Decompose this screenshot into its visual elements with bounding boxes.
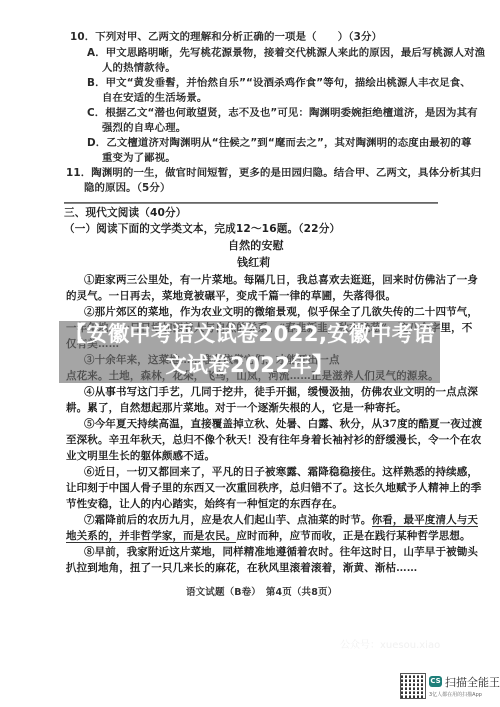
section-heading: 三、现代文阅读（40分） [64, 206, 186, 220]
q10-option-b-line1: B．甲文“黄发垂髫，并怡然自乐”“设酒杀鸡作食”等句，描绘出桃源人丰衣足食、 [87, 76, 471, 90]
paragraph-8-line2: 扒拉到地角，扭了一只几来长的麻花，在秋风里滚着滚着，渐黄、渐枯…… [66, 561, 417, 575]
exam-page: 10．下列对甲、乙两文的理解和分析正确的一项是（ ）（3分） A．甲文思路明晰，… [0, 0, 500, 707]
q10-option-d-line2: 重变为了鄙视。 [102, 151, 176, 165]
q10-option-a-line1: A．甲文思路明晰，先写桃花源景物，接着交代桃源人来此的原因，最后写桃源人对渔 [87, 46, 485, 60]
watermark-text: 公众号：xuesou.xiao [340, 636, 440, 651]
overlay-banner-line1: 【安徽中考语文试卷2022,安徽中考语 [59, 321, 440, 348]
paragraph-5-line1: ⑤今年夏天持续高温，直接覆盖掉立秋、处暑、白露、秋分，从37度的酷夏一夜过渡 [84, 417, 482, 431]
paragraph-5-line2: 至深秋。辛丑年秋天，总归不像个秋天！没有往年身着长袖衬衫的舒缓漫长，令一个在农 [66, 433, 481, 447]
section-subheading: （一）阅读下面的文学类文本，完成12～16题。（22分） [64, 222, 340, 236]
paragraph-7-underlined-2: 地关系的，并非哲学家，而是农民。 [66, 530, 236, 543]
paragraph-1-line2: 的灵气。一日再去，菜地竟被碾平，变成千篇一律的草圃，失落得很。 [66, 289, 396, 303]
scanner-tagline: 3亿人都在用的扫描App [429, 691, 482, 698]
paragraph-7-line2: 地关系的，并非哲学家，而是农民。应时而种，应节而收，正是在践行某种哲学思想。 [66, 529, 471, 543]
q11-line2: 隐的原因。（5分） [84, 181, 171, 195]
paragraph-1-line1: ①距家两三公里处，有一片菜地。每隔几日，我总喜欢去逛逛，回来时仿佛沾了一身 [84, 273, 478, 287]
q10-stem: 10．下列对甲、乙两文的理解和分析正确的一项是（ ）（3分） [70, 30, 382, 44]
overlay-banner-text: 【安徽中考语文试卷2022,安徽中考语 文试卷2022年】 [59, 321, 440, 379]
q11-line1: 11．陶渊明的一生，做官时间短暂，更多的是田园归隐。结合甲、乙两文，具体分析其归 [66, 166, 481, 180]
paragraph-7-underlined-1: 你看，最平度清人与天 [372, 514, 479, 527]
paragraph-7-text-2: 应时而种，应节而收，正是在践行某种哲学思想。 [236, 530, 470, 542]
paragraph-7-line1: ⑦霜降前后的农历九月，应是农人们起山芋、点油菜的时节。你看，最平度清人与天 [84, 513, 478, 527]
section-divider [64, 202, 438, 204]
scanner-app-name: 扫描全能王 [445, 674, 500, 690]
paragraph-6-line1: ⑥近日，一切又都回来了，平凡的日子被寒露、霜降稳稳接住。这样熟悉的持续感， [84, 465, 478, 479]
paragraph-7-text: ⑦霜降前后的农历九月，应是农人们起山芋、点油菜的时节。 [84, 514, 372, 526]
paragraph-6-line3: 节性安稳，让人的内心踏实，始终有一种恒定的东西存在。 [66, 497, 343, 511]
overlay-banner-line2: 文试卷2022年】 [59, 352, 440, 379]
camscanner-logo-icon: CS [429, 676, 442, 687]
qr-code-icon [400, 673, 426, 699]
paragraph-4-line1: ④从事书写这门手艺，几同于挖井，徒手开掘，缓慢汲抽，仿佛农业文明的一点点深 [84, 385, 478, 399]
article-title: 自然的安慰 [228, 239, 284, 253]
scanner-badge: CS 扫描全能王 3亿人都在用的扫描App [400, 673, 500, 703]
paragraph-2-line1: ②那片郊区的菜地，作为农业文明的微缩景观，似乎保全了几欲失传的二十四节气， [84, 305, 478, 319]
paragraph-8-line1: ⑧早前，我家附近这片菜地，同样精准地遵循着农时。往年这时日，山芋早于被锄头 [84, 545, 478, 559]
q10-option-b-line2: 自在安适的生活场景。 [102, 91, 207, 105]
q10-option-c-line2: 强烈的自卑心理。 [102, 121, 186, 135]
q10-option-c-line1: C．根据乙文“潜也何敢望贤，志不及也”可见：陶渊明委婉拒绝檀道济，是因为其有 [87, 106, 478, 120]
paragraph-6-line2: 让印刻于中国人骨子里的东西又一次重回秩序，总归错不了。这长久地赋予人精神上的季 [66, 481, 481, 495]
q10-option-a-line2: 人的热情款待。 [102, 61, 176, 75]
paragraph-5-line3: 业文明里生长的躯体颇感不适。 [66, 449, 215, 463]
article-author: 钱红莉 [237, 256, 270, 270]
page-footer: 语文试题（B卷） 第4页（共8页） [186, 586, 337, 600]
q10-option-d-line1: D．乙文檀道济对陶渊明从“往候之”到“麾而去之”，其对陶渊明的态度由最初的尊 [87, 136, 472, 150]
paragraph-4-line2: 耕。累了，自然想起那片菜地。对于一个逐渐失根的人，它是一种寄托。 [66, 401, 407, 415]
